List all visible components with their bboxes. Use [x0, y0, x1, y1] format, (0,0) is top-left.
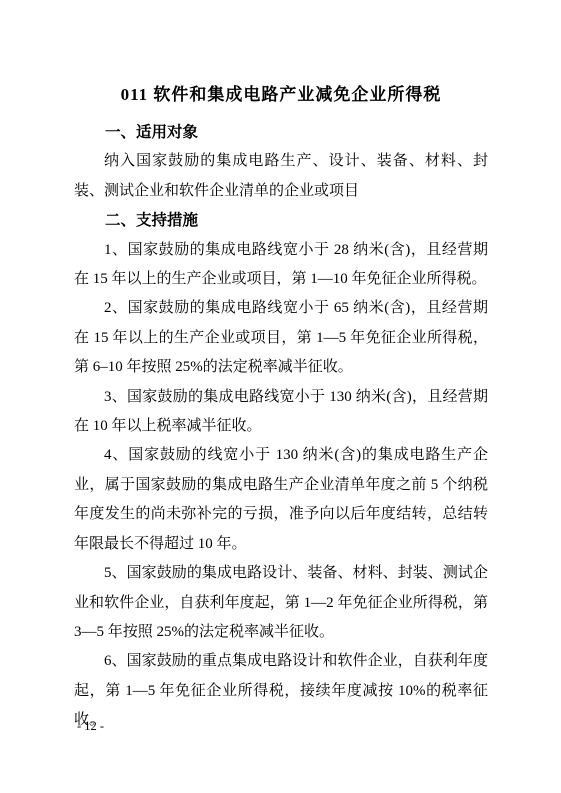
document-page: 011 软件和集成电路产业减免企业所得税 一、适用对象 纳入国家鼓励的集成电路生… — [0, 0, 561, 793]
support-measure-item-1: 1、国家鼓励的集成电路线宽小于 28 纳米(含)，且经营期在 15 年以上的生产… — [74, 236, 488, 295]
section-heading-applicable-targets: 一、适用对象 — [74, 118, 488, 147]
support-measure-item-6: 6、国家鼓励的重点集成电路设计和软件企业，自获利年度起，第 1—5 年免征企业所… — [74, 647, 488, 735]
support-measure-item-3: 3、国家鼓励的集成电路线宽小于 130 纳米(含)，且经营期在 10 年以上税率… — [74, 383, 488, 442]
applicable-targets-paragraph: 纳入国家鼓励的集成电路生产、设计、装备、材料、封装、测试企业和软件企业清单的企业… — [74, 147, 488, 206]
section-heading-support-measures: 二、支持措施 — [74, 206, 488, 235]
support-measure-item-2: 2、国家鼓励的集成电路线宽小于 65 纳米(含)，且经营期在 15 年以上的生产… — [74, 294, 488, 382]
document-title: 011 软件和集成电路产业减免企业所得税 — [74, 80, 488, 110]
support-measure-item-5: 5、国家鼓励的集成电路设计、装备、材料、封装、测试企业和软件企业，自获利年度起，… — [74, 559, 488, 647]
support-measure-item-4: 4、国家鼓励的线宽小于 130 纳米(含)的集成电路生产企业，属于国家鼓励的集成… — [74, 441, 488, 559]
page-number: - 12 - — [77, 718, 104, 734]
document-body: 011 软件和集成电路产业减免企业所得税 一、适用对象 纳入国家鼓励的集成电路生… — [74, 80, 488, 736]
